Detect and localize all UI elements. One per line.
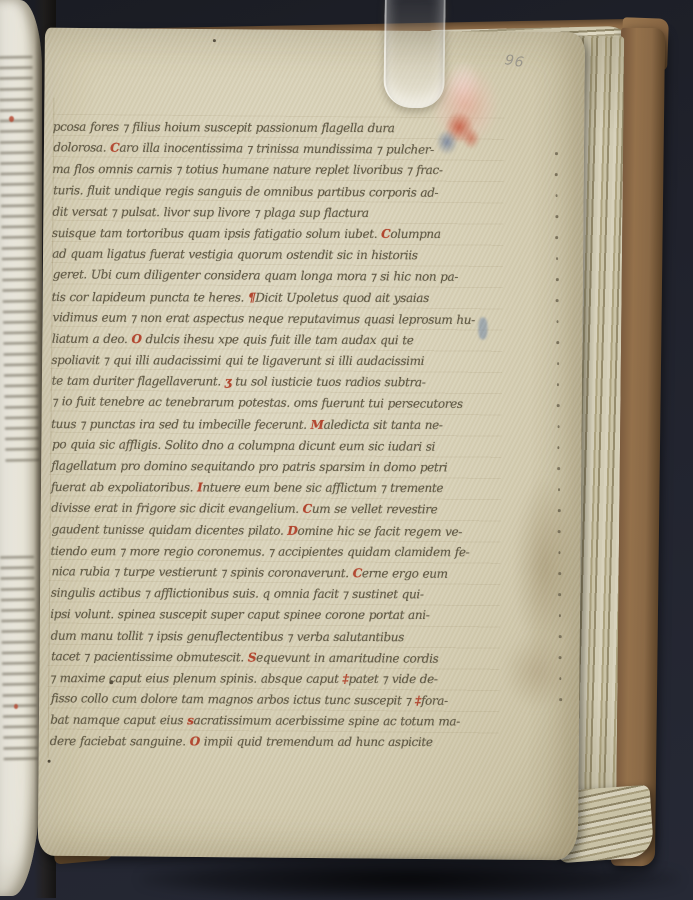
manuscript-line: flagellatum pro domino sequitando pro pa… <box>51 456 487 479</box>
pricking-dot <box>559 698 562 701</box>
manuscript-line: divisse erat in frigore sic dicit evange… <box>51 498 487 521</box>
manuscript-line: pcosa fores ⁊ filius hoium suscepit pass… <box>53 117 489 140</box>
pricking-dot <box>557 446 560 449</box>
pricking-dot <box>555 173 558 176</box>
speck <box>48 760 51 763</box>
book-shadow <box>140 858 680 900</box>
pricking-dot <box>558 488 561 491</box>
manuscript-line: dit versat ⁊ pulsat. livor sup livore ⁊ … <box>52 201 488 224</box>
pricking-dot <box>558 551 561 554</box>
manuscript-line: fuerat ab expoliatoribus. Intuere eum be… <box>51 477 487 499</box>
pricking-dot <box>556 299 559 302</box>
pricking-dot <box>556 257 559 260</box>
manuscript-line: bat namque caput eius sacratissimum acer… <box>50 710 486 733</box>
manuscript-line: ma flos omnis carnis ⁊ totius humane nat… <box>52 159 488 181</box>
manuscript-line: dum manu tollit ⁊ ipsis genuflectentibus… <box>51 625 487 648</box>
manuscript-line: suisque tam tortoribus quam ipsis fatiga… <box>52 223 488 245</box>
manuscript-line: fisso collo cum dolore tam magnos arbos … <box>51 688 487 712</box>
manuscript-photo: 96 pcosa fores ⁊ filius hoium suscepit p… <box>0 0 693 900</box>
pricking-dot <box>559 635 562 638</box>
pricking-dot <box>555 194 558 197</box>
manuscript-line: gaudent tunisse quidam dicentes pilato. … <box>52 519 488 543</box>
facing-rubric-speck <box>9 116 14 122</box>
speck <box>213 39 216 42</box>
manuscript-line: te tam duriter flagellaverunt. ʒ tu sol … <box>52 371 488 394</box>
manuscript-line: singulis actibus ⁊ afflictionibus suis. … <box>51 583 487 606</box>
pricking-dot <box>557 362 560 365</box>
pricking-dot <box>559 677 562 680</box>
pricking-dot <box>558 530 561 533</box>
manuscript-line: tis cor lapideum puncta te heres. ¶Dicit… <box>52 287 488 309</box>
facing-rubric-speck <box>14 704 18 709</box>
pricking-dot <box>556 320 559 323</box>
pricking-dot <box>558 572 561 575</box>
pricking-dot <box>558 509 561 512</box>
pricking-dot <box>556 278 559 281</box>
pricking-dot <box>557 404 560 407</box>
offset-stain <box>446 59 481 123</box>
pricking-dot <box>556 341 559 344</box>
manuscript-line: dere faciebat sanguine. O impii quid tre… <box>50 731 486 753</box>
manuscript-line: ⁊ io fuit tenebre ac tenebrarum potestas… <box>52 392 488 416</box>
folio-number: 96 <box>504 52 526 71</box>
manuscript-line: ipsi volunt. spinea suscepit super caput… <box>50 604 486 626</box>
pricking-dot <box>557 467 560 470</box>
manuscript-line: spoliavit ⁊ qui illi audacissimi qui te … <box>51 350 487 372</box>
facing-page-text-blur <box>0 556 38 769</box>
manuscript-line: nica rubia ⁊ turpe vestierunt ⁊ spinis c… <box>51 561 487 585</box>
pricking-dot <box>557 425 560 428</box>
brown-margin-stain <box>511 472 577 663</box>
pricking-dot <box>555 215 558 218</box>
manuscript-line: tacet ⁊ pacientissime obmutescit. Sequev… <box>51 646 487 670</box>
manuscript-line: po quia sic affligis. Solito dno a colum… <box>52 434 488 458</box>
pricking-dot <box>559 656 562 659</box>
pricking-dot <box>559 614 562 617</box>
manuscript-line: vidimus eum ⁊ non erat aspectus neque re… <box>53 307 489 331</box>
manuscript-line: tiendo eum ⁊ more regio coronemus. ⁊ acc… <box>51 541 487 563</box>
pricking-dot <box>555 152 558 155</box>
pricking-dot <box>557 383 560 386</box>
manuscript-page: 96 pcosa fores ⁊ filius hoium suscepit p… <box>38 28 585 861</box>
manuscript-line: ad quam ligatus fuerat vestigia quorum o… <box>52 244 488 267</box>
transparent-holding-strap <box>383 0 446 108</box>
manuscript-line: geret. Ubi cum diligenter considera quam… <box>53 265 489 289</box>
pricking-dot <box>558 593 561 596</box>
manuscript-line: tuus ⁊ punctas ira sed tu imbecille fece… <box>51 414 487 436</box>
manuscript-line: dolorosa. Caro illa inocentissima ⁊ trin… <box>53 137 489 161</box>
pricking-dot <box>556 236 559 239</box>
manuscript-line: turis. fluit undique regis sanguis de om… <box>53 180 489 204</box>
manuscript-line: liatum a deo. O dulcis ihesu xpe quis fu… <box>52 329 488 352</box>
manuscript-line: ⁊ maxime caput eius plenum spinis. absqu… <box>50 668 486 690</box>
manuscript-text: pcosa fores ⁊ filius hoium suscepit pass… <box>50 117 489 755</box>
